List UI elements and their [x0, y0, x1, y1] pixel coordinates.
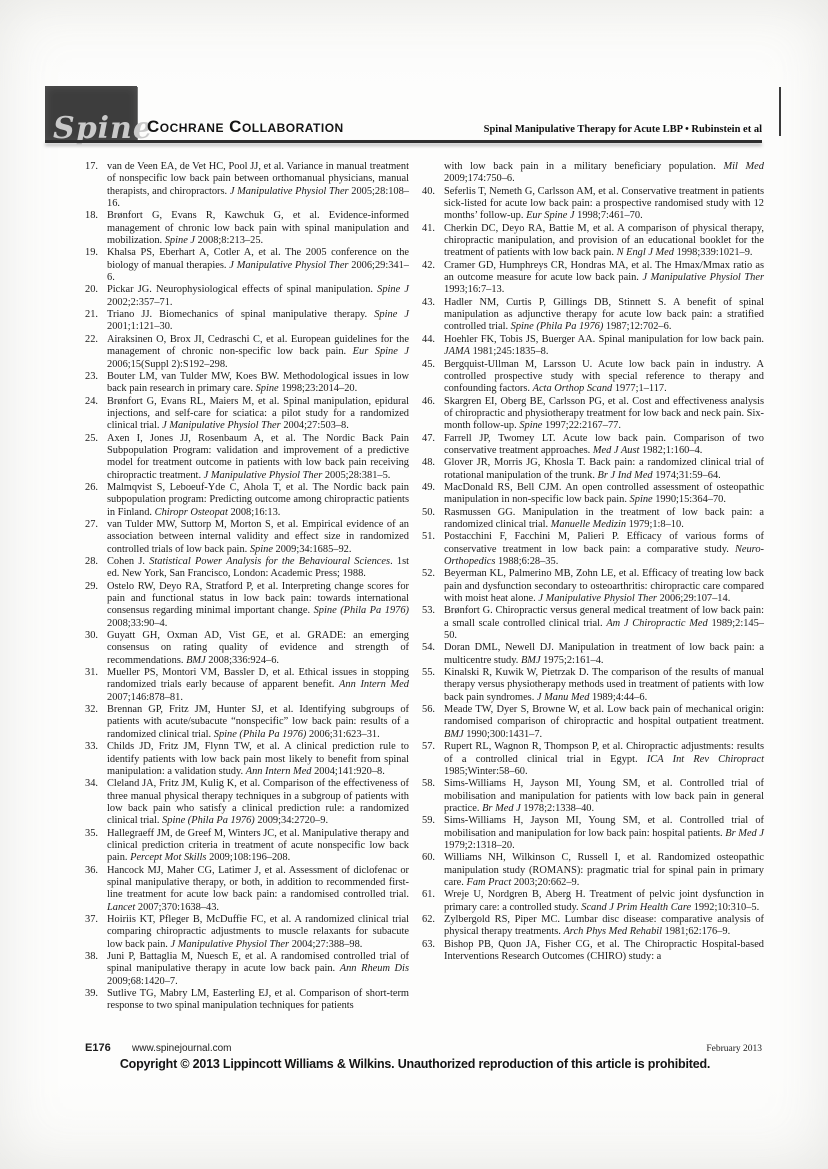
reference-journal-name: Spine: [250, 544, 273, 555]
reference-item: 26.Malmqvist S, Leboeuf-Yde C, Ahola T, …: [85, 482, 409, 519]
reference-journal-name: Spine: [630, 494, 653, 505]
reference-text: 1979;1:8–10.: [626, 519, 684, 530]
page-edge-mark: [779, 87, 781, 136]
reference-number: 52.: [422, 568, 444, 580]
reference-journal-name: ICA Int Rev Chiropract: [647, 754, 764, 765]
references-column-left: 17.van de Veen EA, de Vet HC, Pool JJ, e…: [85, 161, 409, 1013]
reference-text: 2006;29:107–14.: [657, 593, 730, 604]
reference-journal-name: J Manipulative Physiol Ther: [162, 420, 281, 431]
reference-number: 20.: [85, 284, 107, 296]
reference-item: 58.Sims-Williams H, Jayson MI, Young SM,…: [422, 778, 764, 815]
reference-text: Pickar JG. Neurophysiological effects of…: [107, 284, 377, 295]
reference-item: 38.Juni P, Battaglia M, Nuesch E, et al.…: [85, 951, 409, 988]
reference-journal-name: Spine J: [377, 284, 409, 295]
reference-item: 30.Guyatt GH, Oxman AD, Vist GE, et al. …: [85, 630, 409, 667]
reference-text: 1981;245:1835–8.: [470, 346, 549, 357]
reference-text: 1998;23:2014–20.: [279, 383, 358, 394]
reference-item: 32.Brennan GP, Fritz JM, Hunter SJ, et a…: [85, 704, 409, 741]
reference-journal-name: Br Med J: [482, 803, 521, 814]
reference-number: 56.: [422, 704, 444, 716]
reference-item: 31.Mueller PS, Montori VM, Bassler D, et…: [85, 667, 409, 704]
reference-number: 26.: [85, 482, 107, 494]
reference-text: 2008;8:213–25.: [195, 235, 263, 246]
reference-journal-name: Spine: [256, 383, 279, 394]
reference-journal-name: J Manipulative Physiol Ther: [204, 470, 323, 481]
reference-number: 51.: [422, 531, 444, 543]
reference-number: 44.: [422, 334, 444, 346]
reference-text: with low back pain in a military benefic…: [444, 161, 723, 172]
reference-item: 56.Meade TW, Dyer S, Browne W, et al. Lo…: [422, 704, 764, 741]
reference-journal-name: J Manipulative Physiol Ther: [230, 186, 349, 197]
reference-text: Postacchini F, Facchini M, Palieri P. Ef…: [444, 531, 764, 554]
reference-item: 50.Rasmussen GG. Manipulation in the tre…: [422, 507, 764, 532]
reference-journal-name: Eur Spine J: [353, 346, 409, 357]
reference-journal-name: Spine J: [374, 309, 409, 320]
reference-journal-name: N Engl J Med: [617, 247, 674, 258]
reference-item: 23.Bouter LM, van Tulder MW, Koes BW. Me…: [85, 371, 409, 396]
reference-item: 57.Rupert RL, Wagnon R, Thompson P, et a…: [422, 741, 764, 778]
reference-text: 2002;2:357–71.: [107, 297, 173, 308]
reference-journal-name: Statistical Power Analysis for the Behav…: [149, 556, 390, 567]
reference-number: 46.: [422, 396, 444, 408]
reference-item: 25.Axen I, Jones JJ, Rosenbaum A, et al.…: [85, 433, 409, 482]
reference-text: Sims-Williams H, Jayson MI, Young SM, et…: [444, 815, 764, 838]
reference-text: 2009;34:2720–9.: [255, 815, 328, 826]
reference-number: 57.: [422, 741, 444, 753]
references-column-right: with low back pain in a military benefic…: [422, 161, 764, 1013]
reference-text: 2006;15(Suppl 2):S192–298.: [107, 359, 228, 370]
reference-item: 63.Bishop PB, Quon JA, Fisher CG, et al.…: [422, 939, 764, 964]
reference-text: 2003;20:662–9.: [511, 877, 579, 888]
reference-text: 2001;1:121–30.: [107, 321, 173, 332]
reference-journal-name: Med J Aust: [593, 445, 640, 456]
reference-item: 49.MacDonald RS, Bell CJM. An open contr…: [422, 482, 764, 507]
reference-journal-name: J Manu Med: [537, 692, 590, 703]
reference-number: 35.: [85, 828, 107, 840]
reference-item: 39.Sutlive TG, Mabry LM, Easterling EJ, …: [85, 988, 409, 1013]
reference-number: 45.: [422, 359, 444, 371]
reference-item: 18.Brønfort G, Evans R, Kawchuk G, et al…: [85, 210, 409, 247]
reference-text: 2009;34:1685–92.: [273, 544, 352, 555]
reference-item: 17.van de Veen EA, de Vet HC, Pool JJ, e…: [85, 161, 409, 210]
reference-text: 1981;62:176–9.: [662, 926, 730, 937]
reference-text: 2004;27:388–98.: [289, 939, 362, 950]
reference-number: 47.: [422, 433, 444, 445]
reference-journal-name: Ann Rheum Dis: [340, 963, 409, 974]
reference-number: 54.: [422, 642, 444, 654]
reference-text: 1990;300:1431–7.: [464, 729, 543, 740]
reference-journal-name: Spine J: [165, 235, 195, 246]
reference-text: 1987;12:702–6.: [603, 321, 671, 332]
scanned-article-page: Spine Cochrane Collaboration Spinal Mani…: [0, 0, 828, 1169]
reference-number: 42.: [422, 260, 444, 272]
reference-text: 2009;108:196–208.: [206, 852, 290, 863]
reference-journal-name: J Manipulative Physiol Ther: [538, 593, 657, 604]
reference-text: Sutlive TG, Mabry LM, Easterling EJ, et …: [107, 988, 409, 1011]
reference-text: 1978;2:1338–40.: [521, 803, 594, 814]
reference-journal-name: JAMA: [444, 346, 470, 357]
reference-number: 21.: [85, 309, 107, 321]
reference-text: Bishop PB, Quon JA, Fisher CG, et al. Th…: [444, 939, 764, 962]
reference-text: 1998;339:1021–9.: [674, 247, 753, 258]
reference-text: 2008;33:90–4.: [107, 618, 167, 629]
reference-item: 53.Brønfort G. Chiropractic versus gener…: [422, 605, 764, 642]
reference-text: Hoehler FK, Tobis JS, Buerger AA. Spinal…: [444, 334, 764, 345]
reference-number: 58.: [422, 778, 444, 790]
reference-journal-name: Scand J Prim Health Care: [581, 902, 691, 913]
reference-text: 1988;6:28–35.: [495, 556, 558, 567]
reference-text: 1990;15:364–70.: [653, 494, 726, 505]
reference-journal-name: Manuelle Medizin: [551, 519, 626, 530]
reference-number: 17.: [85, 161, 107, 173]
reference-text: 2007;146:878–81.: [107, 692, 183, 703]
reference-text: 1998;7:461–70.: [575, 210, 643, 221]
reference-item: 60.Williams NH, Wilkinson C, Russell I, …: [422, 852, 764, 889]
reference-number: 49.: [422, 482, 444, 494]
reference-number: 24.: [85, 396, 107, 408]
reference-text: 1975;2:161–4.: [541, 655, 604, 666]
reference-text: 1982;1:160–4.: [639, 445, 702, 456]
reference-item: 21.Triano JJ. Biomechanics of spinal man…: [85, 309, 409, 334]
reference-text: Hancock MJ, Maher CG, Latimer J, et al. …: [107, 865, 409, 901]
reference-journal-name: Am J Chiropractic Med: [606, 618, 707, 629]
reference-item: 28.Cohen J. Statistical Power Analysis f…: [85, 556, 409, 581]
issue-date: February 2013: [706, 1044, 762, 1054]
reference-journal-name: Chiropr Osteopat: [155, 507, 228, 518]
reference-number: 25.: [85, 433, 107, 445]
reference-number: 27.: [85, 519, 107, 531]
reference-journal-name: Spine (Phila Pa 1976): [162, 815, 255, 826]
reference-number: 60.: [422, 852, 444, 864]
reference-item: 42.Cramer GD, Humphreys CR, Hondras MA, …: [422, 260, 764, 297]
reference-number: 33.: [85, 741, 107, 753]
reference-journal-name: Spine: [519, 420, 542, 431]
reference-journal-name: Br J Ind Med: [598, 470, 653, 481]
reference-item: 33.Childs JD, Fritz JM, Flynn TW, et al.…: [85, 741, 409, 778]
copyright-notice: Copyright © 2013 Lippincott Williams & W…: [45, 1057, 785, 1071]
reference-number: 28.: [85, 556, 107, 568]
reference-journal-name: Mil Med: [723, 161, 764, 172]
reference-text: 2009;174:750–6.: [444, 173, 515, 184]
reference-text: 2008;16:13.: [228, 507, 281, 518]
reference-item: 51.Postacchini F, Facchini M, Palieri P.…: [422, 531, 764, 568]
reference-number: 37.: [85, 914, 107, 926]
reference-journal-name: Lancet: [107, 902, 135, 913]
reference-number: 30.: [85, 630, 107, 642]
reference-journal-name: Fam Pract: [467, 877, 512, 888]
reference-journal-name: Ann Intern Med: [339, 679, 409, 690]
reference-item: 62.Zylbergold RS, Piper MC. Lumbar disc …: [422, 914, 764, 939]
reference-text: 1993;16:7–13.: [444, 284, 504, 295]
reference-journal-name: J Manipulative Physiol Ther: [170, 939, 289, 950]
reference-text: Triano JJ. Biomechanics of spinal manipu…: [107, 309, 374, 320]
reference-number: 55.: [422, 667, 444, 679]
reference-text: 1989;4:44–6.: [589, 692, 647, 703]
reference-item: 20.Pickar JG. Neurophysiological effects…: [85, 284, 409, 309]
reference-text: 2008;336:924–6.: [206, 655, 279, 666]
reference-journal-name: BMJ: [521, 655, 541, 666]
reference-number: 61.: [422, 889, 444, 901]
reference-number: 50.: [422, 507, 444, 519]
reference-text: 1977;1–117.: [612, 383, 666, 394]
reference-item: 40.Seferlis T, Nemeth G, Carlsson AM, et…: [422, 186, 764, 223]
reference-journal-name: Br Med J: [725, 828, 764, 839]
reference-number: 53.: [422, 605, 444, 617]
reference-item: with low back pain in a military benefic…: [422, 161, 764, 186]
reference-item: 41.Cherkin DC, Deyo RA, Battie M, et al.…: [422, 223, 764, 260]
reference-journal-name: Eur Spine J: [526, 210, 574, 221]
reference-number: 29.: [85, 581, 107, 593]
reference-number: 31.: [85, 667, 107, 679]
reference-text: 1974;31:59–64.: [653, 470, 721, 481]
running-title: Spinal Manipulative Therapy for Acute LB…: [484, 124, 762, 135]
reference-item: 43.Hadler NM, Curtis P, Gillings DB, Sti…: [422, 297, 764, 334]
reference-item: 34.Cleland JA, Fritz JM, Kulig K, et al.…: [85, 778, 409, 827]
reference-item: 44.Hoehler FK, Tobis JS, Buerger AA. Spi…: [422, 334, 764, 359]
reference-number: 23.: [85, 371, 107, 383]
reference-item: 29.Ostelo RW, Deyo RA, Stratford P, et a…: [85, 581, 409, 630]
reference-text: 2007;370:1638–43.: [135, 902, 219, 913]
reference-number: 18.: [85, 210, 107, 222]
reference-number: 34.: [85, 778, 107, 790]
reference-text: 2004;27:503–8.: [281, 420, 349, 431]
reference-text: 1997;22:2167–77.: [542, 420, 621, 431]
reference-item: 22.Airaksinen O, Brox JI, Cedraschi C, e…: [85, 334, 409, 371]
reference-journal-name: Ann Intern Med: [246, 766, 312, 777]
reference-journal-name: J Manipulative Physiol Ther: [642, 272, 764, 283]
reference-item: 52.Beyerman KL, Palmerino MB, Zohn LE, e…: [422, 568, 764, 605]
reference-item: 19.Khalsa PS, Eberhart A, Cotler A, et a…: [85, 247, 409, 284]
reference-text: 2006;31:623–31.: [306, 729, 379, 740]
reference-text: 1979;2:1318–20.: [444, 840, 515, 851]
reference-number: 38.: [85, 951, 107, 963]
footer: E176 www.spinejournal.com February 2013: [85, 1042, 762, 1056]
reference-text: Cohen J.: [107, 556, 149, 567]
reference-text: 1985;Winter:58–60.: [444, 766, 528, 777]
reference-item: 37.Hoiriis KT, Pfleger B, McDuffie FC, e…: [85, 914, 409, 951]
reference-number: 32.: [85, 704, 107, 716]
reference-item: 48.Glover JR, Morris JG, Khosla T. Back …: [422, 457, 764, 482]
reference-item: 47.Farrell JP, Twomey LT. Acute low back…: [422, 433, 764, 458]
reference-journal-name: BMJ: [186, 655, 206, 666]
reference-text: 2004;141:920–8.: [312, 766, 385, 777]
reference-journal-name: Arch Phys Med Rehabil: [563, 926, 662, 937]
reference-item: 36.Hancock MJ, Maher CG, Latimer J, et a…: [85, 865, 409, 914]
reference-item: 55.Kinalski R, Kuwik W, Pietrzak D. The …: [422, 667, 764, 704]
reference-number: 62.: [422, 914, 444, 926]
reference-item: 54.Doran DML, Newell DJ. Manipulation in…: [422, 642, 764, 667]
reference-number: 22.: [85, 334, 107, 346]
references-section: 17.van de Veen EA, de Vet HC, Pool JJ, e…: [85, 161, 764, 1013]
reference-number: 41.: [422, 223, 444, 235]
reference-number: 36.: [85, 865, 107, 877]
reference-journal-name: Spine (Phila Pa 1976): [511, 321, 604, 332]
reference-item: 35.Hallegraeff JM, de Greef M, Winters J…: [85, 828, 409, 865]
cochrane-collaboration-label: Cochrane Collaboration: [147, 117, 344, 137]
reference-text: 2009;68:1420–7.: [107, 976, 178, 987]
reference-journal-name: Spine (Phila Pa 1976): [214, 729, 307, 740]
reference-text: Meade TW, Dyer S, Browne W, et al. Low b…: [444, 704, 764, 727]
reference-item: 45.Bergquist-Ullman M, Larsson U. Acute …: [422, 359, 764, 396]
reference-item: 24.Brønfort G, Evans RL, Maiers M, et al…: [85, 396, 409, 433]
reference-journal-name: J Manipulative Physiol Ther: [229, 260, 348, 271]
reference-journal-name: Percept Mot Skills: [130, 852, 206, 863]
reference-number: 43.: [422, 297, 444, 309]
journal-website-link: www.spinejournal.com: [132, 1043, 232, 1054]
reference-journal-name: Acta Orthop Scand: [533, 383, 613, 394]
reference-journal-name: Spine (Phila Pa 1976): [314, 605, 409, 616]
header-rule: [45, 140, 762, 143]
page-number: E176: [85, 1042, 111, 1054]
reference-number: 63.: [422, 939, 444, 951]
reference-item: 61.Wreje U, Nordgren B, Aberg H. Treatme…: [422, 889, 764, 914]
reference-text: 1992;10:310–5.: [691, 902, 759, 913]
reference-journal-name: BMJ: [444, 729, 464, 740]
reference-number: 48.: [422, 457, 444, 469]
reference-item: 59.Sims-Williams H, Jayson MI, Young SM,…: [422, 815, 764, 852]
spine-journal-logo: Spine: [45, 86, 137, 142]
reference-number: 40.: [422, 186, 444, 198]
reference-number: 19.: [85, 247, 107, 259]
reference-text: 2005;28:381–5.: [322, 470, 390, 481]
reference-number: 59.: [422, 815, 444, 827]
reference-item: 46.Skargren EI, Oberg BE, Carlsson PG, e…: [422, 396, 764, 433]
reference-number: 39.: [85, 988, 107, 1000]
reference-item: 27.van Tulder MW, Suttorp M, Morton S, e…: [85, 519, 409, 556]
reference-text: Doran DML, Newell DJ. Manipulation in tr…: [444, 642, 764, 665]
